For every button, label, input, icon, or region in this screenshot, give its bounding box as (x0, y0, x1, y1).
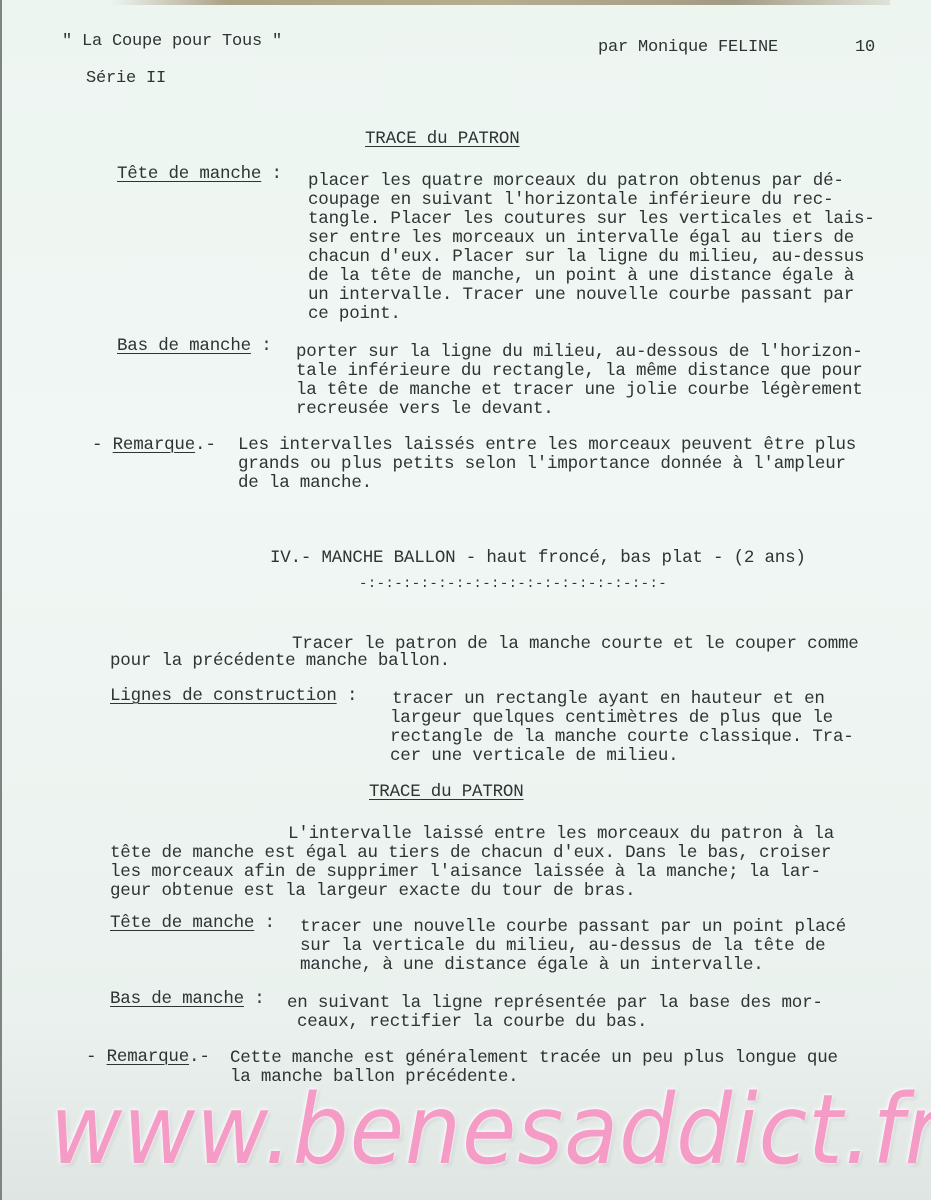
bas-de-manche-term: Bas de manche : (117, 337, 272, 356)
term-prefix: - (86, 1047, 107, 1067)
term-separator: : (261, 164, 282, 184)
page-number: 10 (855, 38, 875, 57)
text-line: les morceaux afin de supprimer l'aisance… (110, 863, 821, 882)
text-line: Cette manche est généralement tracée un … (230, 1049, 838, 1068)
page-left-edge (0, 0, 2, 1200)
term-separator: .- (195, 435, 216, 455)
text-line: sur la verticale du milieu, au-dessus de… (300, 937, 825, 956)
text-line: tracer une nouvelle courbe passant par u… (300, 918, 846, 937)
text-line: tracer un rectangle ayant en hauteur et … (392, 690, 825, 709)
term-label: Tête de manche (117, 164, 261, 184)
text-line: rectangle de la manche courte classique.… (390, 728, 854, 747)
document-title: " La Coupe pour Tous " (62, 32, 282, 51)
text-line: manche, à une distance égale à un interv… (300, 956, 764, 975)
bas-de-manche-term-2: Bas de manche : (110, 990, 265, 1009)
intro-line: pour la précédente manche ballon. (110, 652, 450, 671)
term-separator: : (337, 686, 358, 706)
series-label: Série II (86, 69, 166, 88)
text-line: la tête de manche et tracer une jolie co… (296, 381, 863, 400)
tete-de-manche-term: Tête de manche : (117, 165, 282, 184)
text-line: largeur quelques centimètres de plus que… (390, 709, 833, 728)
term-separator: .- (189, 1047, 210, 1067)
tete-de-manche-term-2: Tête de manche : (110, 914, 275, 933)
text-line: L'intervalle laissé entre les morceaux d… (288, 825, 834, 844)
remarque-term: - Remarque.- (92, 436, 216, 455)
term-label: Tête de manche (110, 913, 254, 933)
watermark-url: www.benesaddict.fr (50, 1075, 841, 1185)
text-line: Les intervalles laissés entre les morcea… (238, 436, 856, 455)
text-line: grands ou plus petits selon l'importance… (238, 455, 846, 474)
text-line: chacun d'eux. Placer sur la ligne du mil… (308, 248, 864, 267)
text-line: tête de manche est égal au tiers de chac… (110, 844, 831, 863)
term-label: Remarque (113, 435, 195, 455)
text-line: porter sur la ligne du milieu, au-dessou… (296, 343, 863, 362)
document-page: " La Coupe pour Tous " Série II par Moni… (0, 0, 931, 1200)
text-line: geur obtenue est la largeur exacte du to… (110, 882, 635, 901)
term-separator: : (254, 913, 275, 933)
term-label: Bas de manche (110, 989, 244, 1009)
text-line: recreusée vers le devant. (296, 400, 554, 419)
term-label: Bas de manche (117, 336, 251, 356)
term-label: Lignes de construction (110, 686, 337, 706)
text-line: tangle. Placer les coutures sur les vert… (308, 210, 875, 229)
text-line: ce point. (308, 305, 401, 324)
page-top-edge (110, 0, 890, 5)
text-line: coupage en suivant l'horizontale inférie… (308, 191, 833, 210)
text-line: ser entre les morceaux un intervalle éga… (308, 229, 854, 248)
text-line: un intervalle. Tracer une nouvelle courb… (308, 286, 854, 305)
lignes-de-construction-term: Lignes de construction : (110, 687, 357, 706)
term-prefix: - (92, 435, 113, 455)
text-line: cer une verticale de milieu. (390, 747, 678, 766)
text-line: en suivant la ligne représentée par la b… (287, 994, 823, 1013)
section-title-manche-ballon: IV.- MANCHE BALLON - haut froncé, bas pl… (270, 549, 806, 568)
text-line: tale inférieure du rectangle, la même di… (296, 362, 863, 381)
text-line: de la tête de manche, un point à une dis… (308, 267, 854, 286)
text-line: de la manche. (238, 474, 372, 493)
author-line: par Monique FELINE (598, 38, 778, 57)
term-separator: : (251, 336, 272, 356)
term-label: Remarque (107, 1047, 189, 1067)
text-line: ceaux, rectifier la courbe du bas. (297, 1013, 647, 1032)
decorative-divider: -:-:-:-:-:-:-:-:-:-:-:-:-:-:-:-:-:- (359, 575, 667, 594)
section-heading-trace-patron: TRACE du PATRON (365, 130, 520, 149)
section-heading-trace-patron-2: TRACE du PATRON (369, 783, 524, 802)
term-separator: : (244, 989, 265, 1009)
remarque-term-2: - Remarque.- (86, 1048, 210, 1067)
text-line: placer les quatre morceaux du patron obt… (308, 172, 844, 191)
